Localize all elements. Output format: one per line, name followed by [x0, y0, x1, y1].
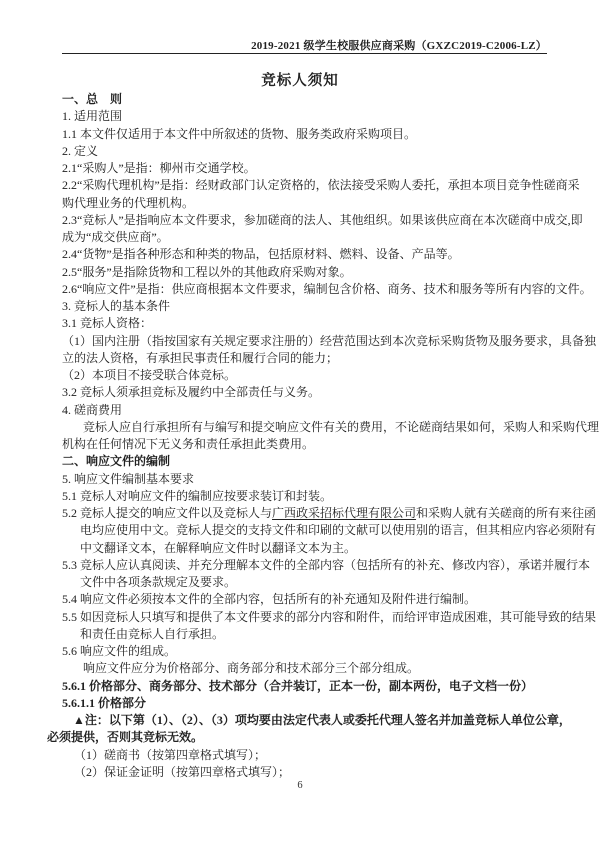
doc-text-segment: 3.2 竞标人须承担竞标及履约中全部责任与义务。 — [62, 385, 320, 399]
doc-line: 5.6.1 价格部分、商务部分、技术部分（合并装订，正本一份，副本两份，电子文档… — [62, 678, 596, 695]
header-rule-divider — [62, 53, 547, 54]
doc-line: 1.1 本文件仅适用于本文件中所叙述的货物、服务类政府采购项目。 — [62, 126, 596, 143]
doc-text-segment: 中文翻译文本，在解释响应文件时以翻译文本为主。 — [80, 541, 356, 555]
doc-line: 成为“成交供应商”。 — [62, 229, 596, 246]
doc-text-segment: 一、总 则 — [62, 92, 122, 106]
doc-text-segment: 文件中各项条款规定及要求。 — [80, 575, 236, 589]
doc-line: 二、响应文件的编制 — [62, 453, 596, 470]
doc-text-segment: 5. 响应文件编制基本要求 — [62, 472, 194, 486]
doc-text-segment: 二、响应文件的编制 — [62, 454, 170, 468]
doc-line: （2）本项目不接受联合体竞标。 — [62, 367, 596, 384]
doc-text-segment: 5.5 如因竞标人只填写和提供了本文件要求的部分内容和附件，而给评审造成困难，其… — [62, 610, 596, 624]
doc-line: 电均应使用中文。竞标人提交的支持文件和印刷的文献可以使用别的语言，但其相应内容必… — [80, 522, 596, 539]
doc-text-segment: （1）磋商书（按第四章格式填写）； — [74, 748, 266, 762]
doc-line: 5. 响应文件编制基本要求 — [62, 471, 596, 488]
doc-text-segment: 5.1 竞标人对响应文件的编制应按要求装订和封装。 — [62, 489, 332, 503]
agency-name-underlined: 广西政采招标代理有限公司 — [272, 506, 416, 520]
doc-text-segment: ▲注：以下第（1）、（2）、（3）项均要由法定代表人或委托代理人签名并加盖竞标人… — [73, 713, 571, 727]
doc-text-segment: 立的法人资格，有承担民事责任和履行合同的能力； — [62, 351, 338, 365]
doc-line: 5.1 竞标人对响应文件的编制应按要求装订和封装。 — [62, 488, 596, 505]
doc-text-segment: 3.1 竞标人资格： — [62, 316, 152, 330]
doc-text-segment: 2.4“货物”是指各种形态和种类的物品，包括原材料、燃料、设备、产品等。 — [62, 247, 460, 261]
doc-line: 中文翻译文本，在解释响应文件时以翻译文本为主。 — [80, 540, 596, 557]
doc-line: 5.6.1.1 价格部分 — [62, 695, 596, 712]
doc-line: 2.5“服务”是指除货物和工程以外的其他政府采购对象。 — [62, 264, 596, 281]
doc-text-segment: （2）保证金证明（按第四章格式填写）； — [74, 765, 290, 779]
doc-line: 2.4“货物”是指各种形态和种类的物品，包括原材料、燃料、设备、产品等。 — [62, 246, 596, 263]
doc-line: 立的法人资格，有承担民事责任和履行合同的能力； — [62, 350, 596, 367]
doc-line: 5.3 竞标人应认真阅读、并充分理解本文件的全部内容（包括所有的补充、修改内容）… — [62, 557, 596, 574]
doc-text-segment: 必须提供，否则其竞标无效。 — [47, 730, 203, 744]
doc-text-segment: （1）国内注册（指按国家有关规定要求注册的）经营范围达到本次竞标采购货物及服务要… — [62, 334, 596, 348]
doc-line: 购代理业务的代理机构。 — [62, 195, 596, 212]
doc-text-segment: （2）本项目不接受联合体竞标。 — [62, 368, 236, 382]
doc-text-segment: 2.1“采购人”是指：柳州市交通学校。 — [62, 161, 256, 175]
doc-text-segment: 2.3“竞标人”是指响应本文件要求，参加磋商的法人、其他组织。如果该供应商在本次… — [62, 213, 583, 227]
document-title: 竞标人须知 — [0, 69, 600, 90]
doc-line: 必须提供，否则其竞标无效。 — [47, 729, 596, 746]
doc-text-segment: 3. 竞标人的基本条件 — [62, 299, 170, 313]
doc-line: 3.1 竞标人资格： — [62, 315, 596, 332]
doc-line: 文件中各项条款规定及要求。 — [80, 574, 596, 591]
doc-line: 2.1“采购人”是指：柳州市交通学校。 — [62, 160, 596, 177]
doc-text-segment: 和采购人就有关磋商的所有来往函 — [416, 506, 596, 520]
doc-text-segment: 1.1 本文件仅适用于本文件中所叙述的货物、服务类政府采购项目。 — [62, 127, 416, 141]
doc-text-segment: 5.4 响应文件必须按本文件的全部内容，包括所有的补充通知及附件进行编制。 — [62, 592, 476, 606]
doc-text-segment: 5.6 响应文件的组成。 — [62, 644, 176, 658]
doc-line: 一、总 则 — [62, 91, 596, 108]
doc-text-segment: 购代理业务的代理机构。 — [62, 196, 194, 210]
doc-line: 2.3“竞标人”是指响应本文件要求，参加磋商的法人、其他组织。如果该供应商在本次… — [62, 212, 596, 229]
doc-text-segment: 2. 定义 — [62, 144, 98, 158]
doc-line: 和责任由竞标人自行承担。 — [80, 626, 596, 643]
doc-line: 2.6“响应文件”是指：供应商根据本文件要求，编制包含价格、商务、技术和服务等所… — [62, 281, 596, 298]
doc-line: 3.2 竞标人须承担竞标及履约中全部责任与义务。 — [62, 384, 596, 401]
doc-text-segment: 竞标人应自行承担所有与编写和提交响应文件有关的费用，不论磋商结果如何，采购人和采… — [83, 420, 599, 434]
doc-line: 2. 定义 — [62, 143, 596, 160]
doc-line: 响应文件应分为价格部分、商务部分和技术部分三个部分组成。 — [83, 660, 596, 677]
doc-line: （2）保证金证明（按第四章格式填写）； — [74, 764, 596, 781]
doc-line: 5.4 响应文件必须按本文件的全部内容，包括所有的补充通知及附件进行编制。 — [62, 591, 596, 608]
doc-line: 4. 磋商费用 — [62, 402, 596, 419]
doc-text-segment: 和责任由竞标人自行承担。 — [80, 627, 224, 641]
document-body: 一、总 则1. 适用范围1.1 本文件仅适用于本文件中所叙述的货物、服务类政府采… — [62, 91, 596, 781]
doc-text-segment: 1. 适用范围 — [62, 109, 122, 123]
doc-line: 3. 竞标人的基本条件 — [62, 298, 596, 315]
doc-text-segment: 5.6.1 价格部分、商务部分、技术部分（合并装订，正本一份，副本两份，电子文档… — [62, 679, 533, 693]
doc-line: 5.6 响应文件的组成。 — [62, 643, 596, 660]
doc-text-segment: 2.5“服务”是指除货物和工程以外的其他政府采购对象。 — [62, 265, 352, 279]
doc-text-segment: 4. 磋商费用 — [62, 403, 122, 417]
doc-text-segment: 5.6.1.1 价格部分 — [62, 696, 146, 710]
doc-line: （1）国内注册（指按国家有关规定要求注册的）经营范围达到本次竞标采购货物及服务要… — [62, 333, 596, 350]
doc-line: 竞标人应自行承担所有与编写和提交响应文件有关的费用，不论磋商结果如何，采购人和采… — [83, 419, 596, 436]
doc-line: 1. 适用范围 — [62, 108, 596, 125]
doc-line: （1）磋商书（按第四章格式填写）； — [74, 747, 596, 764]
doc-line: 2.2“采购代理机构”是指：经财政部门认定资格的，依法接受采购人委托，承担本项目… — [62, 177, 596, 194]
doc-text-segment: 机构在任何情况下无义务和责任承担此类费用。 — [62, 437, 314, 451]
doc-text-segment: 电均应使用中文。竞标人提交的支持文件和印刷的文献可以使用别的语言，但其相应内容必… — [80, 523, 596, 537]
doc-line: 机构在任何情况下无义务和责任承担此类费用。 — [62, 436, 596, 453]
doc-text-segment: 成为“成交供应商”。 — [62, 230, 169, 244]
doc-line: ▲注：以下第（1）、（2）、（3）项均要由法定代表人或委托代理人签名并加盖竞标人… — [73, 712, 596, 729]
doc-text-segment: 响应文件应分为价格部分、商务部分和技术部分三个部分组成。 — [83, 661, 419, 675]
doc-line: 5.5 如因竞标人只填写和提供了本文件要求的部分内容和附件，而给评审造成困难，其… — [62, 609, 596, 626]
page-number: 6 — [0, 780, 600, 791]
page-header-project-label: 2019-2021 级学生校服供应商采购（GXZC2019-C2006-LZ） — [251, 37, 547, 53]
doc-text-segment: 5.3 竞标人应认真阅读、并充分理解本文件的全部内容（包括所有的补充、修改内容）… — [62, 558, 590, 572]
doc-text-segment: 5.2 竞标人提交的响应文件以及竞标人与 — [62, 506, 272, 520]
doc-line: 5.2 竞标人提交的响应文件以及竞标人与广西政采招标代理有限公司和采购人就有关磋… — [62, 505, 596, 522]
doc-text-segment: 2.2“采购代理机构”是指：经财政部门认定资格的，依法接受采购人委托，承担本项目… — [62, 178, 580, 192]
doc-text-segment: 2.6“响应文件”是指：供应商根据本文件要求，编制包含价格、商务、技术和服务等所… — [62, 282, 592, 296]
